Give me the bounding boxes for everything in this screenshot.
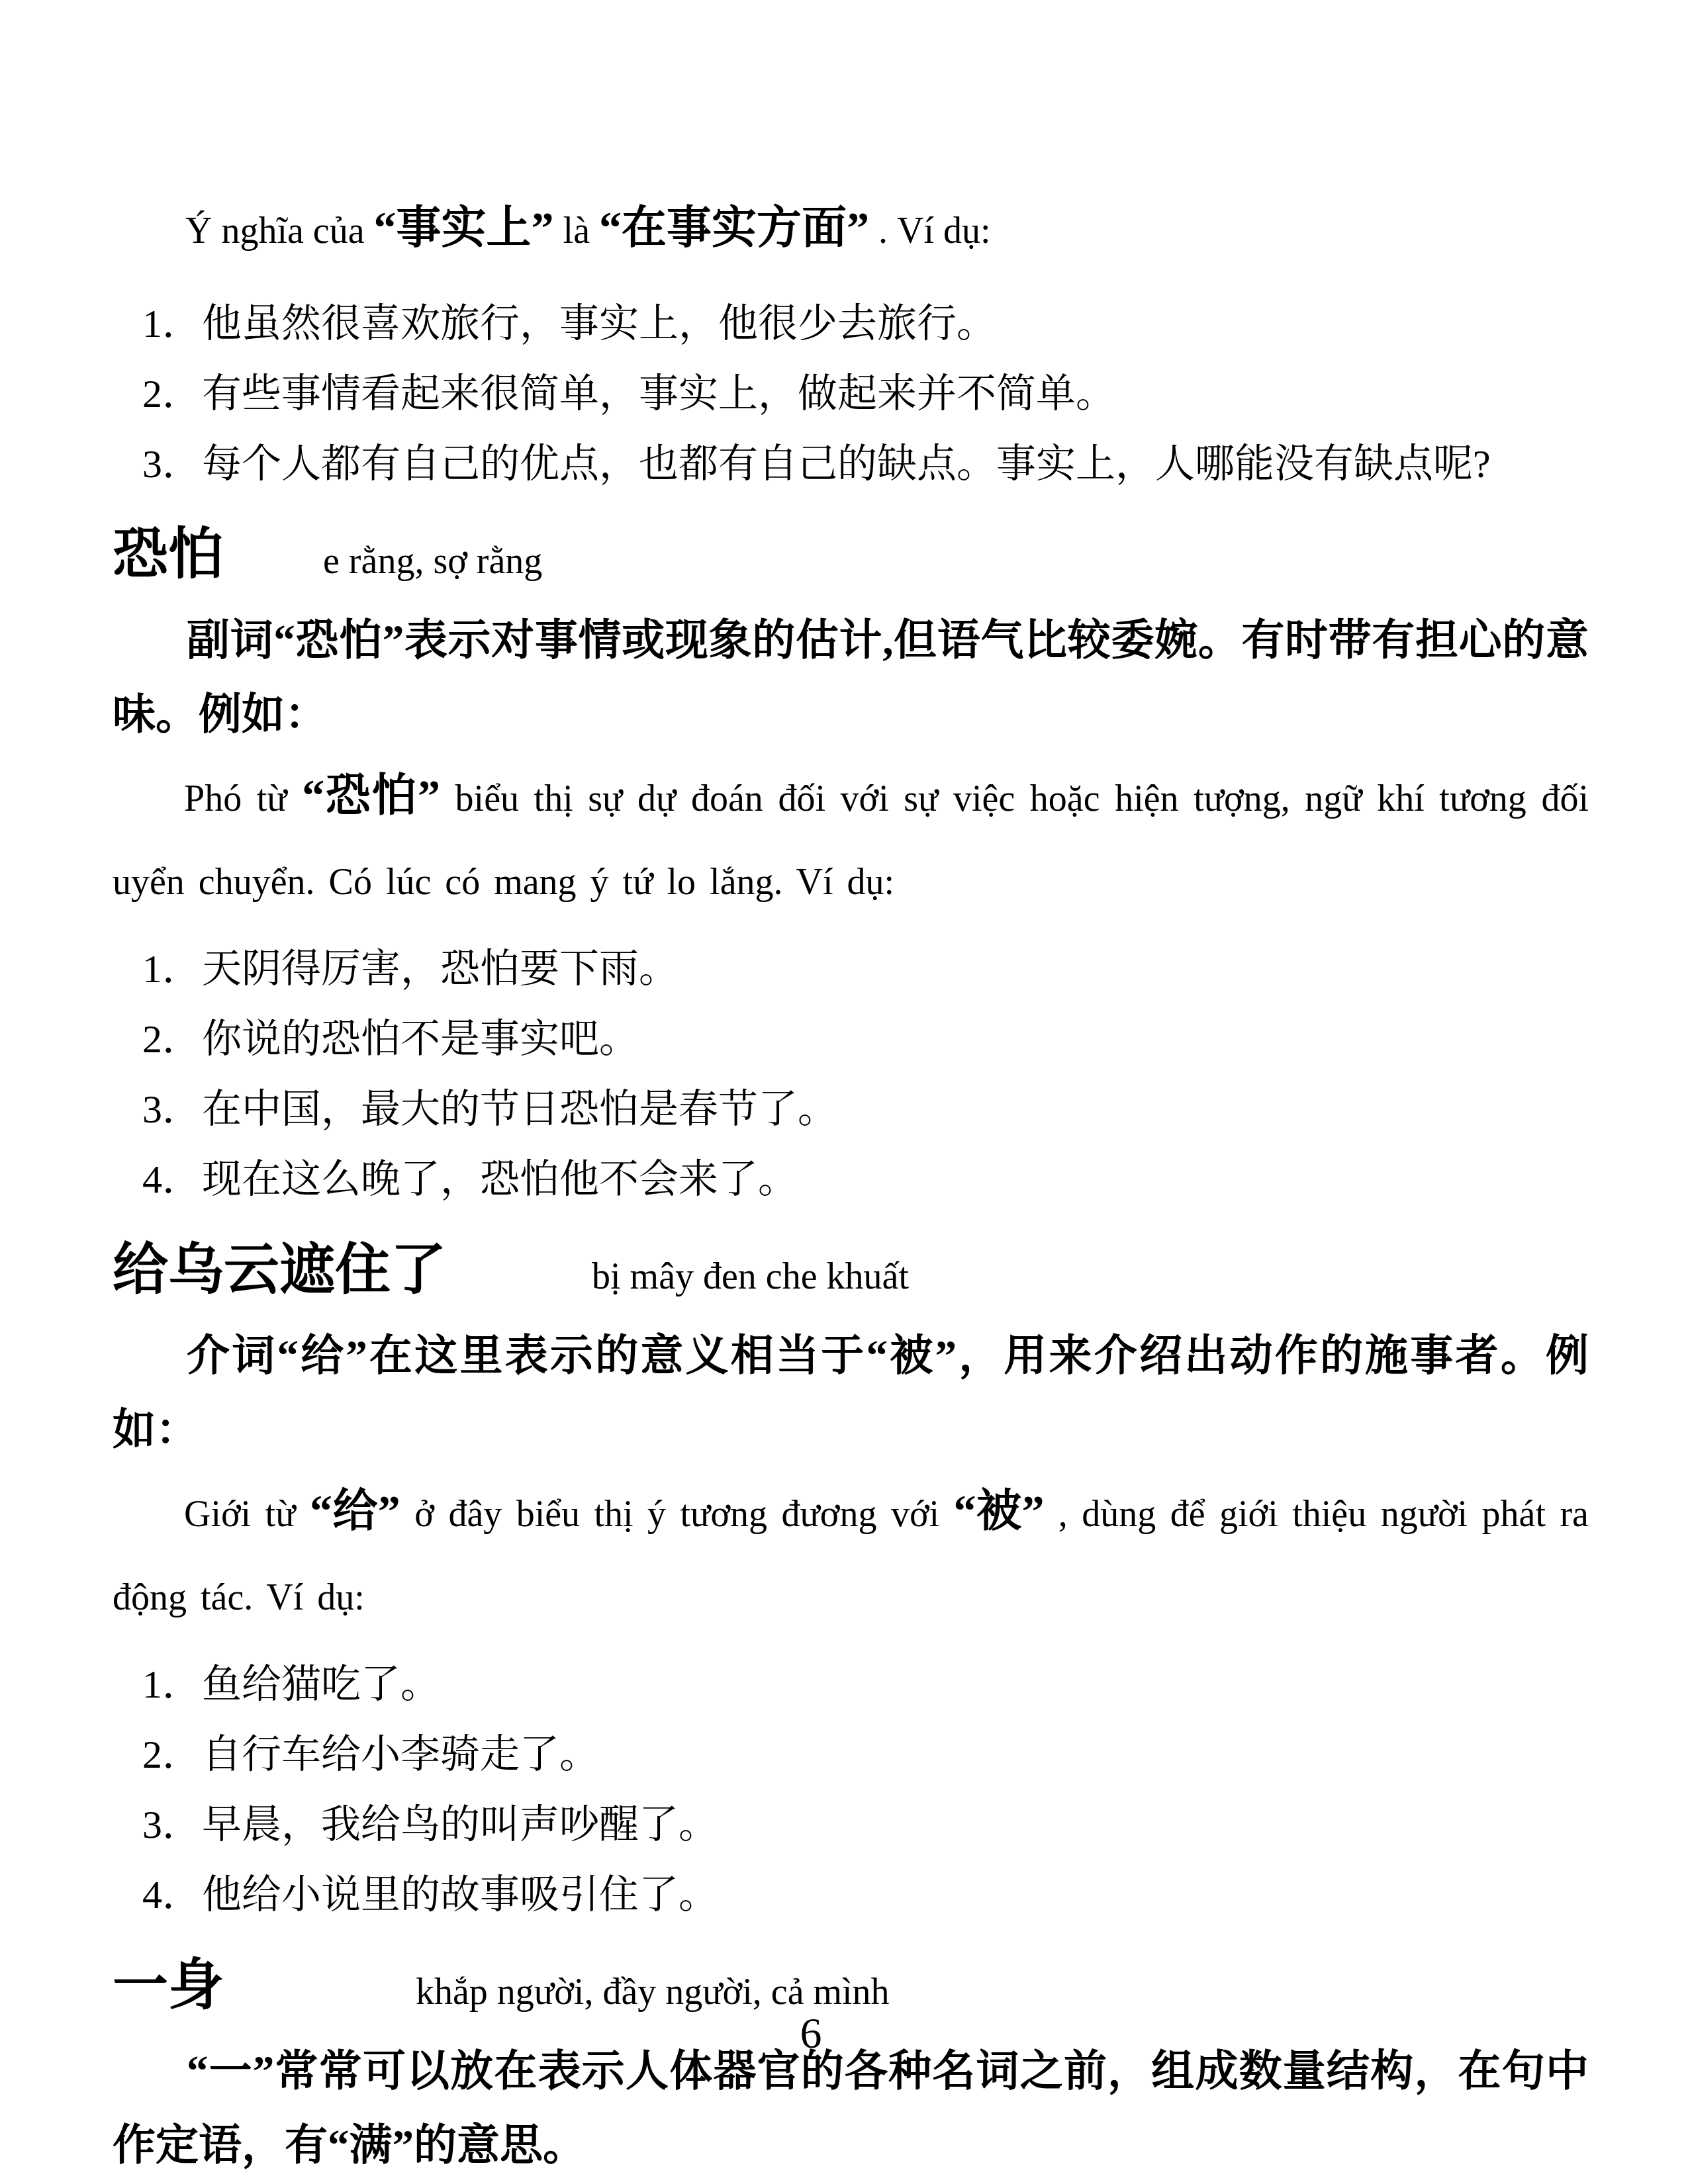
intro-text-1: Ý nghĩa của (185, 210, 374, 251)
vietnamese-explanation-kongpa: Phó từ “恐怕” biểu thị sự dự đoán đối với … (113, 758, 1589, 929)
vn-text-1: Giới từ (184, 1494, 310, 1535)
page-number: 6 (0, 2009, 1622, 2059)
example-list-gei: 1．鱼给猫吃了。 2．自行车给小李骑走了。 3．早晨，我给鸟的叫声吵醒了。 4．… (113, 1649, 1589, 1930)
term-zaishishifangmian: “在事实方面” (599, 203, 869, 253)
gloss-geiwuyunzhezhule: bị mây đen che khuất (592, 1255, 909, 1298)
example-item: 1．天阴得厉害，恐怕要下雨。 (113, 934, 1589, 1004)
vn-text-2: ở đây biểu thị ý tương đương với (400, 1494, 954, 1535)
example-item: 3．在中国，最大的节日恐怕是春节了。 (113, 1074, 1589, 1144)
example-item: 2．你说的恐怕不是事实吧。 (113, 1004, 1589, 1074)
entry-geiwuyunzhezhule: 给乌云遮住了 bị mây đen che khuất (113, 1234, 1589, 1307)
document-page: Ý nghĩa của “事实上” là “在事实方面” . Ví dụ: 1．… (0, 0, 1688, 2184)
intro-paragraph: Ý nghĩa của “事实上” là “在事实方面” . Ví dụ: (113, 189, 1589, 279)
term-shishishang: “事实上” (374, 203, 554, 253)
term-bei: “被” (954, 1486, 1045, 1536)
example-item: 2．有些事情看起来很简单，事实上，做起来并不简单。 (113, 359, 1589, 429)
example-list-kongpa: 1．天阴得厉害，恐怕要下雨。 2．你说的恐怕不是事实吧。 3．在中国，最大的节日… (113, 934, 1589, 1214)
example-list-shishishang: 1．他虽然很喜欢旅行，事实上，他很少去旅行。 2．有些事情看起来很简单，事实上，… (113, 289, 1589, 499)
entry-kongpa: 恐怕 e rằng, sợ rằng (113, 519, 1589, 592)
example-item: 4．现在这么晚了，恐怕他不会来了。 (113, 1144, 1589, 1214)
chinese-explanation-gei: 介词“给”在这里表示的意义相当于“被”，用来介绍出动作的施事者。例如： (113, 1319, 1589, 1467)
gloss-kongpa: e rằng, sợ rằng (323, 540, 542, 582)
chinese-explanation-kongpa: 副词“恐怕”表示对事情或现象的估计,但语气比较委婉。有时带有担心的意味。例如： (113, 604, 1589, 752)
example-item: 3．每个人都有自己的优点，也都有自己的缺点。事实上，人哪能没有缺点呢? (113, 429, 1589, 499)
headword-kongpa: 恐怕 (113, 519, 224, 592)
term-kongpa: “恐怕” (302, 770, 440, 821)
intro-text-3: . Ví dụ: (869, 210, 991, 251)
vietnamese-explanation-gei: Giới từ “给” ở đây biểu thị ý tương đương… (113, 1474, 1589, 1644)
vn-text-1: Phó từ (184, 778, 302, 819)
example-item: 1．他虽然很喜欢旅行，事实上，他很少去旅行。 (113, 289, 1589, 359)
example-item: 3．早晨，我给鸟的叫声吵醒了。 (113, 1790, 1589, 1860)
headword-geiwuyunzhezhule: 给乌云遮住了 (113, 1234, 446, 1307)
example-item: 2．自行车给小李骑走了。 (113, 1719, 1589, 1790)
example-item: 1．鱼给猫吃了。 (113, 1649, 1589, 1719)
term-gei: “给” (310, 1486, 400, 1536)
gloss-yishen: khắp người, đầy người, cả mình (416, 1971, 890, 2013)
example-item: 4．他给小说里的故事吸引住了。 (113, 1860, 1589, 1930)
intro-text-2: là (554, 210, 599, 251)
